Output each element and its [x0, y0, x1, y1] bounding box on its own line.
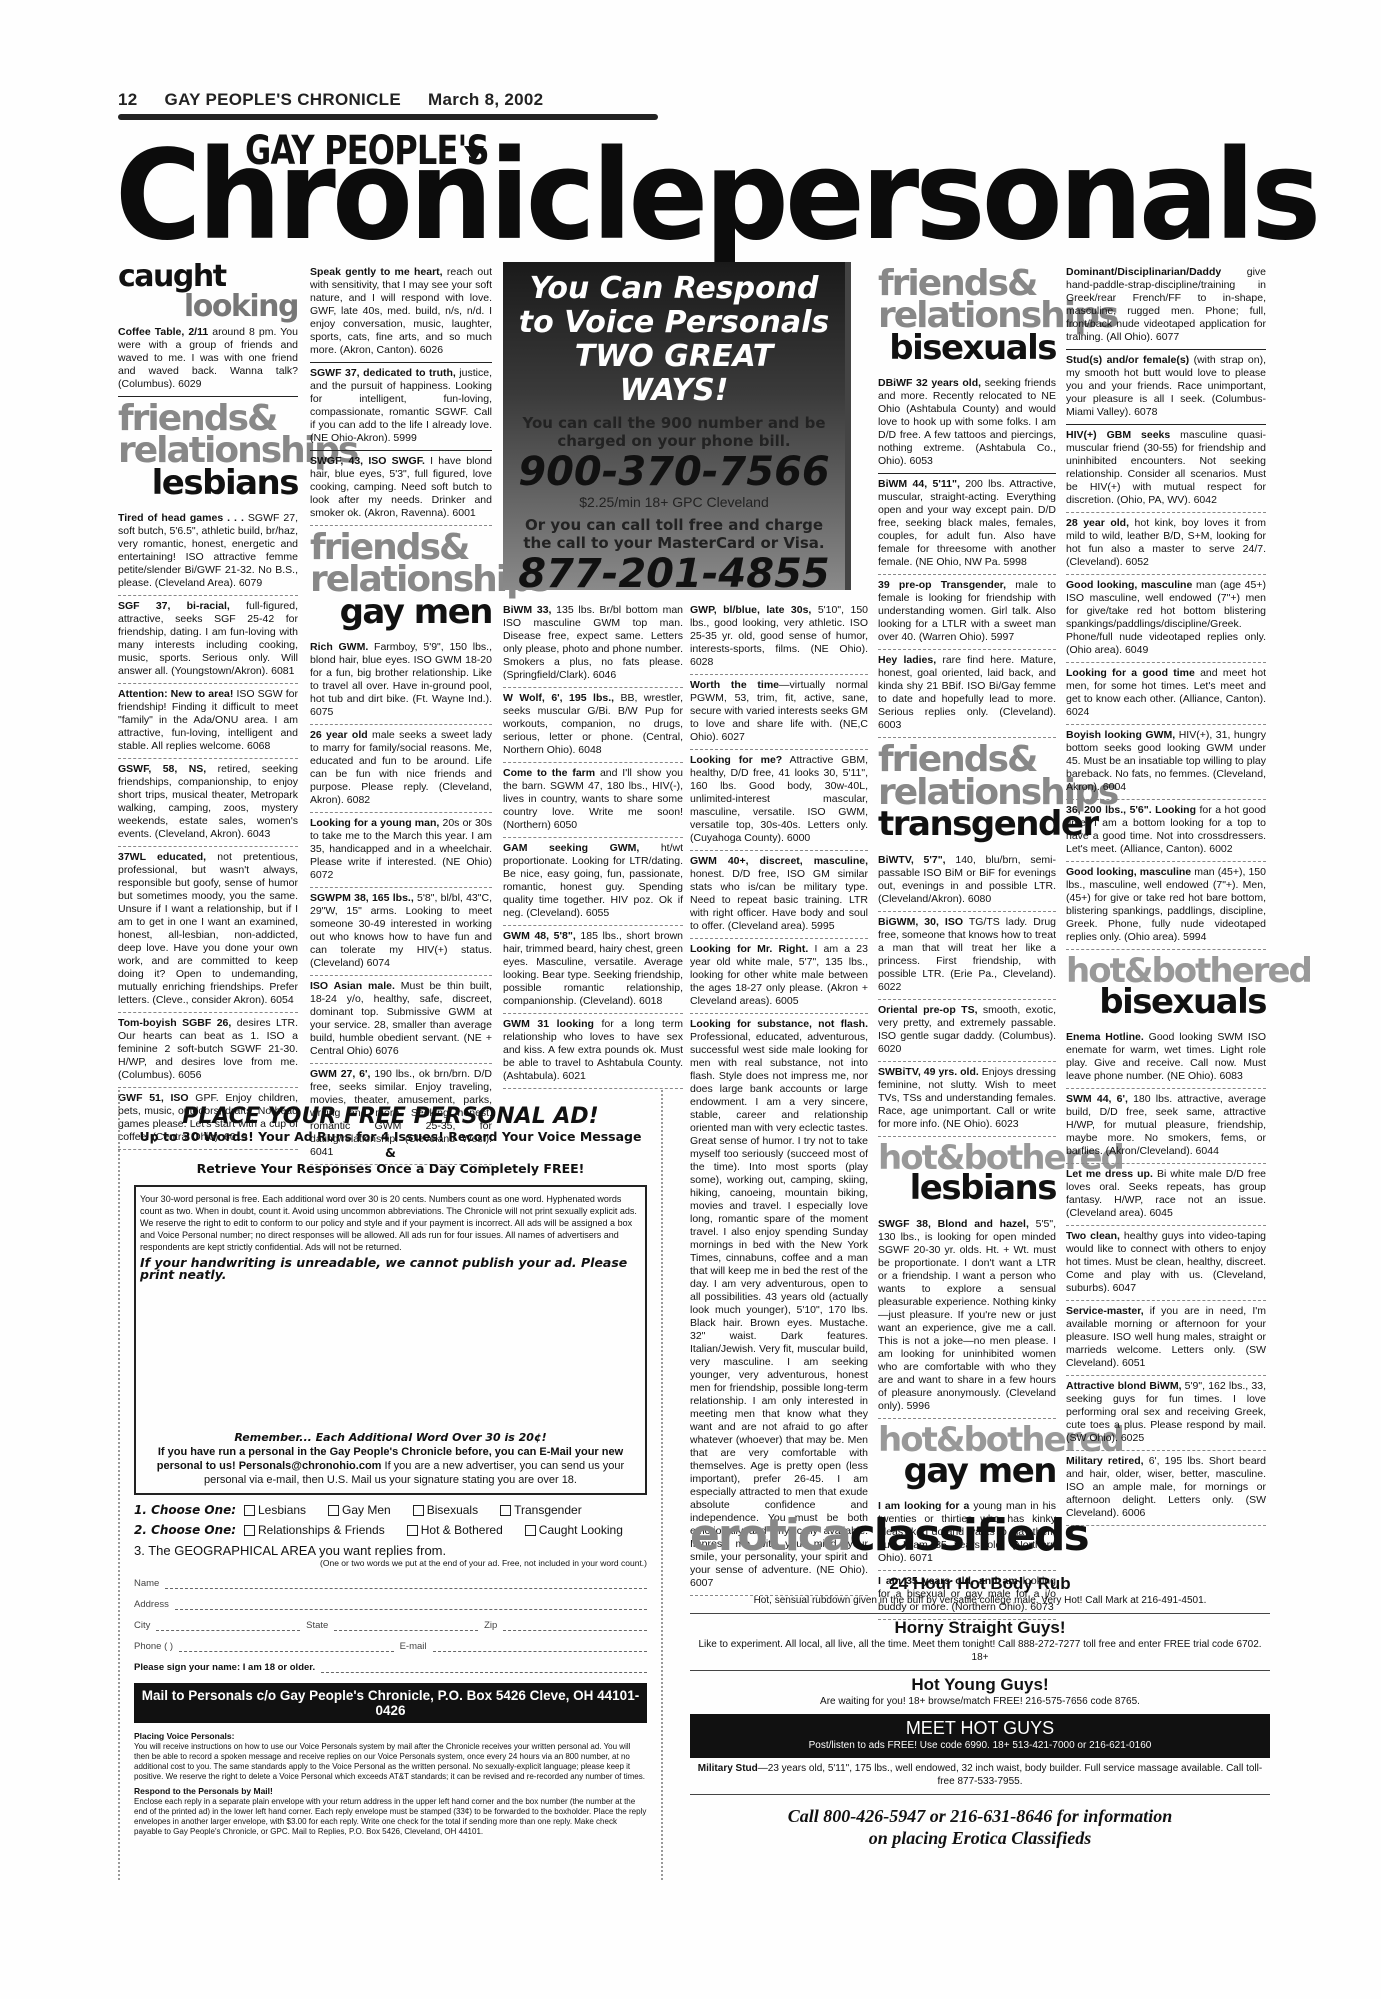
personal-ad: SWM 44, 6', 180 lbs. attractive, average… — [1066, 1089, 1266, 1164]
geo-area-field[interactable]: 3. The GEOGRAPHICAL AREA you want replie… — [134, 1543, 647, 1558]
personal-ad: Dominant/Disciplinarian/Daddy give hand-… — [1066, 262, 1266, 350]
mail-reply-info: Respond to the Personals by Mail!Enclose… — [134, 1786, 647, 1837]
personal-ad: Worth the time—virtually normal PGWM, 53… — [690, 675, 868, 750]
personal-ad: Come to the farm and I'll show you the b… — [503, 763, 683, 838]
personal-ad: Looking for me? Attractive GBM, healthy,… — [690, 750, 868, 851]
choose-category-row: 1. Choose One: Lesbians Gay Men Bisexual… — [134, 1503, 647, 1517]
header-rule — [118, 114, 658, 120]
personal-ad: Attractive blond BiWM, 5'9", 162 lbs., 3… — [1066, 1376, 1266, 1451]
section-heading-hb-gay-men: hot&bothered gay men — [878, 1425, 1056, 1486]
personal-ad: GWP, bl/blue, late 30s, 5'10", 150 lbs.,… — [690, 600, 868, 675]
personal-ad: 28 year old, hot kink, boy loves it from… — [1066, 513, 1266, 575]
personal-ad: Stud(s) and/or female(s) (with strap on)… — [1066, 350, 1266, 425]
personal-ad: Tired of head games . . . SGWF 27, soft … — [118, 508, 298, 596]
mail-to-address: Mail to Personals c/o Gay People's Chron… — [134, 1683, 647, 1723]
newspaper-page: 12 GAY PEOPLE'S CHRONICLE March 8, 2002 … — [0, 0, 1381, 1999]
voice-rate: $2.25/min 18+ GPC Cleveland — [517, 494, 831, 510]
personal-ad: 37WL educated, not pretentious, professi… — [118, 847, 298, 1013]
personal-ad: SWGF, 43, ISO SWGF. I have blond hair, b… — [310, 451, 492, 526]
signature-field[interactable]: Please sign your name: I am 18 or older. — [134, 1662, 647, 1673]
personal-ad: Let me dress up. Bi white male D/D free … — [1066, 1164, 1266, 1226]
publication-name: GAY PEOPLE'S CHRONICLE — [165, 90, 401, 109]
voice-headline: You Can Respond — [517, 272, 831, 306]
personal-ad: W Wolf, 6', 195 lbs., BB, wrestler, seek… — [503, 688, 683, 763]
personal-ad: 26 year old male seeks a sweet lady to m… — [310, 725, 492, 813]
ad-writing-area[interactable]: Your 30-word personal is free. Each addi… — [134, 1185, 647, 1495]
personal-ad: Oriental pre-op TS, smooth, exotic, very… — [878, 1000, 1056, 1062]
personal-ad: HIV(+) GBM seeks masculine quasi-muscula… — [1066, 425, 1266, 513]
classified-ad: Military Stud—23 years old, 5'11", 175 l… — [690, 1758, 1270, 1795]
form-rules: Your 30-word personal is free. Each addi… — [140, 1193, 641, 1253]
section-heading-hb-bisexuals: hot&bothered bisexuals — [1066, 956, 1266, 1017]
personal-ad: SWBiTV, 49 yrs. old. Enjoys dressing fem… — [878, 1062, 1056, 1137]
personal-ad: SGWPM 38, 165 lbs., 5'8", bl/bl, 43"C, 2… — [310, 888, 492, 976]
personal-ad: BiGWM, 30, ISO TG/TS lady. Drug free, so… — [878, 912, 1056, 1000]
classified-ad: Hot Young Guys!Are waiting for you! 18+ … — [690, 1671, 1270, 1714]
personal-ad: Two clean, healthy guys into video-tapin… — [1066, 1226, 1266, 1301]
section-heading-fr-transgender: friends& relationships transgender — [878, 744, 1056, 839]
checkbox-lesbians[interactable]: Lesbians — [244, 1503, 306, 1517]
personal-ad: BiWM 44, 5'11", 200 lbs. Attractive, mus… — [878, 474, 1056, 575]
personal-ad: GSWF, 58, NS, retired, seeking friendshi… — [118, 759, 298, 847]
personal-ad: SWGF 38, Blond and hazel, 5'5", 130 lbs.… — [878, 1214, 1056, 1419]
column-6: Dominant/Disciplinarian/Daddy give hand-… — [1066, 262, 1266, 1526]
personal-ad: 39 pre-op Transgender, male to female is… — [878, 575, 1056, 650]
personal-ad: ISO Asian male. Must be thin built, 18-2… — [310, 976, 492, 1064]
section-heading-fr-lesbians: friends& relationships lesbians — [118, 403, 298, 498]
personal-ad: Attention: New to area! ISO SGW for frie… — [118, 684, 298, 759]
section-heading-caught-looking: caught looking — [118, 262, 298, 322]
classified-ad: Horny Straight Guys!Like to experiment. … — [690, 1614, 1270, 1671]
phone-email-field[interactable]: Phone ( )E-mail — [134, 1641, 647, 1652]
geo-area-note: (One or two words we put at the end of y… — [134, 1558, 647, 1568]
personal-ad: Hey ladies, rare find here. Mature, hone… — [878, 650, 1056, 738]
personal-ad: 36, 200 lbs., 5'6". Looking for a hot go… — [1066, 800, 1266, 862]
personal-ad: Looking for Mr. Right. I am a 23 year ol… — [690, 939, 868, 1014]
erotica-classifieds: 24 Hour Hot Body RubHot, sensual rubdown… — [690, 1570, 1270, 1849]
masthead-subtitle: GAY PEOPLE'S — [245, 128, 489, 174]
personal-ad: Rich GWM. Farmboy, 5'9", 150 lbs., blond… — [310, 637, 492, 725]
column-5: friends& relationships bisexuals DBiWF 3… — [878, 262, 1056, 1620]
personal-ad: GWM 40+, discreet, masculine, honest. D/… — [690, 851, 868, 939]
triangle-icon — [464, 146, 484, 162]
personal-ad: Service-master, if you are in need, I'm … — [1066, 1301, 1266, 1376]
checkbox-transgender[interactable]: Transgender — [500, 1503, 582, 1517]
personal-ad: DBiWF 32 years old, seeking friends and … — [878, 373, 1056, 474]
personal-ad: GAM seeking GWM, ht/wt proportionate. Lo… — [503, 838, 683, 926]
phone-900-number: 900-370-7566 — [517, 450, 831, 494]
page-folio: 12 GAY PEOPLE'S CHRONICLE March 8, 2002 — [118, 90, 565, 110]
column-4: GWP, bl/blue, late 30s, 5'10", 150 lbs.,… — [690, 600, 868, 1596]
checkbox-hot-bothered[interactable]: Hot & Bothered — [407, 1523, 503, 1537]
personal-ad: Good looking, masculine man (45+), 150 l… — [1066, 862, 1266, 950]
personal-ad: BiWM 33, 135 lbs. Br/bl bottom man ISO m… — [503, 600, 683, 688]
personal-ad: Looking for a young man, 20s or 30s to t… — [310, 813, 492, 888]
personal-ad: Tom-boyish SGBF 26, desires LTR. Our hea… — [118, 1013, 298, 1088]
email-note: Remember... Each Additional Word Over 30… — [146, 1431, 635, 1487]
checkbox-bisexuals[interactable]: Bisexuals — [413, 1503, 478, 1517]
classified-ad-highlight: MEET HOT GUYSPost/listen to ads FREE! Us… — [690, 1714, 1270, 1758]
form-subtitle: Retrieve Your Responses Once a Day Compl… — [134, 1161, 647, 1177]
erotica-info: Call 800-426-5947 or 216-631-8646 for in… — [690, 1805, 1270, 1849]
voice-personals-box: You Can Respond to Voice Personals TWO G… — [503, 262, 851, 590]
voice-personals-info: Placing Voice Personals:You will receive… — [134, 1731, 647, 1782]
page-number: 12 — [118, 90, 138, 109]
form-title: PLACE YOUR FREE PERSONAL AD! — [134, 1104, 647, 1129]
personal-ad: GWM 48, 5'8", 185 lbs., short brown hair… — [503, 926, 683, 1014]
personal-ad: Coffee Table, 2/11 around 8 pm. You were… — [118, 322, 298, 397]
free-personal-ad-form: PLACE YOUR FREE PERSONAL AD! Up to 30 Wo… — [118, 1090, 663, 1880]
column-1: caught looking Coffee Table, 2/11 around… — [118, 262, 298, 1150]
personal-ad: Looking for a good time and meet hot men… — [1066, 663, 1266, 725]
form-subtitle: Up to 30 Words! Your Ad Runs for 4 Issue… — [134, 1129, 647, 1161]
choose-section-row: 2. Choose One: Relationships & Friends H… — [134, 1523, 647, 1537]
checkbox-caught-looking[interactable]: Caught Looking — [525, 1523, 623, 1537]
voice-900-note: You can call the 900 number and be charg… — [517, 414, 831, 450]
checkbox-gay-men[interactable]: Gay Men — [328, 1503, 391, 1517]
personal-ad: Looking for substance, not flash. Profes… — [690, 1014, 868, 1596]
personal-ad: Good looking, masculine man (age 45+) IS… — [1066, 575, 1266, 663]
checkbox-relationships-friends[interactable]: Relationships & Friends — [244, 1523, 385, 1537]
city-state-zip-field[interactable]: CityStateZip — [134, 1620, 647, 1631]
voice-headline: to Voice Personals — [517, 306, 831, 340]
column-2: Speak gently to me heart, reach out with… — [310, 262, 492, 1165]
personal-ad: Speak gently to me heart, reach out with… — [310, 262, 492, 363]
section-heading-fr-bisexuals: friends& relationships bisexuals — [878, 268, 1056, 363]
section-heading-fr-gay-men: friends& relationships gay men — [310, 532, 492, 627]
classified-ad: 24 Hour Hot Body RubHot, sensual rubdown… — [690, 1570, 1270, 1614]
personal-ad: GWM 31 looking for a long term relations… — [503, 1014, 683, 1089]
voice-toll-note: Or you can call toll free and charge the… — [517, 516, 831, 552]
personal-ad: SGF 37, bi-racial, full-figured, attract… — [118, 596, 298, 684]
personal-ad: BiWTV, 5'7", 140, blu/brn, semi-passable… — [878, 850, 1056, 912]
personal-ad: Military retired, 6', 195 lbs. Short bea… — [1066, 1451, 1266, 1526]
personal-ad: SGWF 37, dedicated to truth, justice, an… — [310, 363, 492, 451]
column-3: BiWM 33, 135 lbs. Br/bl bottom man ISO m… — [503, 600, 683, 1089]
issue-date: March 8, 2002 — [428, 90, 543, 109]
erotica-classifieds-heading: eroticaclassifieds — [690, 1510, 1088, 1561]
address-field[interactable]: Address — [134, 1599, 647, 1610]
name-field[interactable]: Name — [134, 1578, 647, 1589]
voice-headline: TWO GREAT WAYS! — [517, 340, 831, 408]
personal-ad: Boyish looking GWM, HIV(+), 31, hungry b… — [1066, 725, 1266, 800]
handwriting-warning: If your handwriting is unreadable, we ca… — [140, 1257, 641, 1281]
phone-toll-free-number: 877-201-4855 — [517, 552, 831, 596]
section-heading-hb-lesbians: hot&bothered lesbians — [878, 1143, 1056, 1204]
personal-ad: Enema Hotline. Good looking SWM ISO enem… — [1066, 1027, 1266, 1089]
